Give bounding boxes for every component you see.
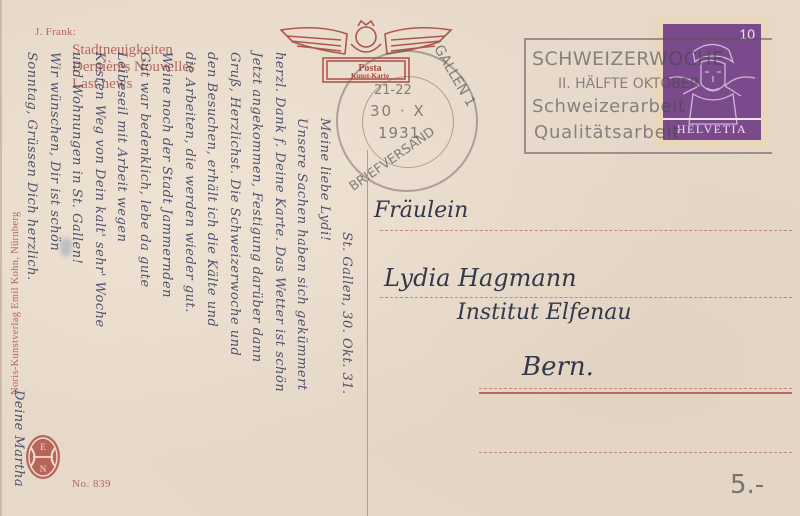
address-rule-3 — [479, 388, 792, 389]
letter-line: den Besuchen, erhält ich die Kälte und — [204, 52, 219, 327]
address-city: Bern. — [522, 352, 594, 382]
letter-line: Gut war bedenklich, lebe da gute — [137, 52, 152, 288]
postmark: 21-22 30 · X 1931 GALLEN 1 BRIEFVERSAND — [336, 50, 478, 192]
svg-text:N: N — [40, 464, 47, 474]
postcard: J. Frank: Stadtneuigkeiten Dernières Nou… — [0, 0, 800, 516]
slogan-line-3: Schweizerarbeit — [532, 96, 685, 117]
svg-text:E: E — [40, 442, 46, 452]
pencil-price: 5.- — [730, 470, 764, 500]
postmark-date: 30 · X — [370, 102, 426, 120]
letter-line: Gruß, Herzlichst. Die Schweizerwoche und — [227, 52, 242, 356]
letter-signature: Deine Martha — [11, 390, 26, 487]
letter-line: herzl. Dank f. Deine Karte. Das Wetter i… — [272, 52, 287, 392]
letter-line: Leibeseil mit Arbeit wegen — [114, 52, 129, 243]
letter-line: Weine noch der Stadt Jammernden — [159, 52, 174, 298]
letter-line: Wir wünschen, Dir ist schön — [47, 52, 62, 251]
letter-line: und Wohnungen in St. Gallen! — [69, 52, 84, 264]
side-imprint: Noris-Kunstverlag Emil Kohn, Nürnberg — [10, 211, 21, 395]
vertical-divider — [367, 150, 368, 516]
masthead-line-french: Dernières Nouvelles — [72, 59, 195, 76]
letter-line: die Arbeiten, die werden wieder gut. — [182, 52, 197, 313]
slogan-cancellation: SCHWEIZERWOCHE II. HÄLFTE OKTOBER Schwei… — [524, 38, 772, 154]
masthead-line-german: Stadtneuigkeiten — [72, 42, 195, 59]
address-rule-2 — [380, 297, 792, 298]
address-institution: Institut Elfenau — [457, 300, 632, 325]
letter-line: Meine liebe Lydi! — [317, 118, 332, 241]
slogan-line-2: II. HÄLFTE OKTOBER — [558, 76, 700, 92]
address-recipient: Lydia Hagmann — [384, 264, 577, 292]
letter-line: Unsere Sachen haben sich gekümmert — [294, 118, 309, 391]
publisher-logo-icon: E N — [26, 435, 60, 479]
masthead: Stadtneuigkeiten Dernières Nouvelles Las… — [72, 42, 195, 93]
address-salutation: Fräulein — [374, 198, 468, 223]
masthead-line-english: Last news — [72, 76, 195, 93]
letter-line: Sonntag, Grüssen Dich herzlich. — [24, 52, 39, 281]
address-underline — [479, 392, 792, 394]
letter-dateline: St. Gallen, 30. Okt. 31. — [339, 232, 354, 395]
slogan-line-1: SCHWEIZERWOCHE — [532, 48, 724, 70]
letter-line: Jetzt angekommen, Festigung darüber dann — [249, 52, 264, 363]
postmark-time: 21-22 — [374, 83, 412, 98]
letter-line: Kosten Weg von Dein kalt' sehr' Woche — [92, 52, 107, 328]
address-rule-4 — [479, 452, 792, 453]
publisher-label: J. Frank: — [35, 26, 76, 38]
slogan-line-4: Qualitätsarbeit — [534, 122, 680, 143]
card-number: No. 839 — [72, 478, 111, 490]
address-rule-1 — [380, 230, 792, 231]
